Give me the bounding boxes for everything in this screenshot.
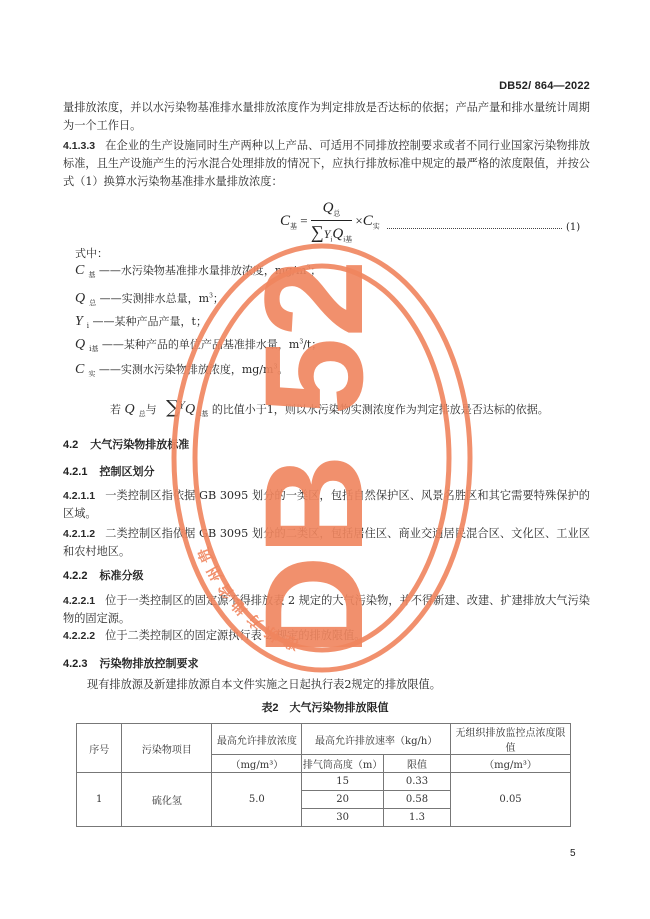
formula-fraction: Q总 ∑YiQi基 [311, 200, 352, 244]
clause-4-2-1-1: 4.2.1.1一类控制区指依据 GB 3095 划分的一类区，包括自然保护区、风… [63, 487, 590, 523]
cell-item: 硫化氢 [122, 773, 212, 827]
section-4-2-3-paragraph: 现有排放源及新建排放源自本文件实施之日起执行表2规定的排放限值。 [63, 676, 590, 694]
section-4-2-3-heading: 4.2.3污染物排放控制要求 [63, 655, 198, 671]
section-4-2-1-heading: 4.2.1控制区划分 [63, 463, 154, 479]
table-row: 1 硫化氢 5.0 15 0.33 0.05 [77, 773, 571, 791]
clause-4-2-1-2: 4.2.1.2二类控制区指依据 GB 3095 划分的二类区，包括居住区、商业交… [63, 525, 590, 561]
clause-number: 4.1.3.3 [63, 140, 95, 152]
intro-paragraph: 量排放浓度，并以水污染物基准排水量排放浓度作为判定排放是否达标的依据；产品产量和… [63, 99, 590, 135]
cell-stack: 30 [302, 809, 384, 827]
formula-1: C基 = Q总 ∑YiQi基 ×C实 [280, 200, 380, 244]
section-4-2-2-heading: 4.2.2标准分级 [63, 567, 143, 583]
variable-definition: Qi基 ——某种产品的单位产品基准排水量，m3/t； [75, 336, 322, 354]
header-stack: 排气筒高度（m） [302, 755, 384, 773]
table-header-row: 序号 污染物项目 最高允许排放浓度 最高允许排放速率（kg/h） 无组织排放监控… [77, 724, 571, 755]
cell-conc: 5.0 [212, 773, 302, 827]
clause-4-2-2-1: 4.2.2.1位于一类控制区的固定源不得排放表 2 规定的大气污染物，并不得新建… [63, 592, 590, 628]
formula-leader-dots [387, 224, 562, 229]
cell-fugitive: 0.05 [451, 773, 571, 827]
variable-definition: Q总 ——实测排水总量，m3； [75, 290, 224, 308]
cell-stack: 20 [302, 791, 384, 809]
clause-text: 在企业的生产设施同时生产两种以上产品、可适用不同排放控制要求或者不同行业国家污染… [63, 139, 590, 188]
page-number: 5 [570, 848, 576, 859]
where-label: 式中： [75, 245, 108, 261]
cell-limit: 0.33 [383, 773, 450, 791]
ratio-note: 若 Q总与 ∑YQi基 的比值小于1，则以水污染物实测浓度作为判定排放是否达标的… [110, 397, 549, 419]
clause-4-1-3-3: 4.1.3.3在企业的生产设施同时生产两种以上产品、可适用不同排放控制要求或者不… [63, 137, 590, 191]
variable-definition: Yi ——某种产品产量，t； [75, 313, 207, 330]
header-seq: 序号 [77, 724, 122, 773]
header-limit: 限值 [383, 755, 450, 773]
header-conc: 最高允许排放浓度 [212, 724, 302, 755]
cell-limit: 0.58 [383, 791, 450, 809]
variable-definition: C实 ——实测水污染物排放浓度，mg/m3。 [75, 361, 288, 379]
document-id-header: DB52/ 864—2022 [499, 80, 590, 92]
cell-stack: 15 [302, 773, 384, 791]
cell-seq: 1 [77, 773, 122, 827]
header-fugitive: 无组织排放监控点浓度限值 [451, 724, 571, 755]
clause-4-2-2-2: 4.2.2.2位于二类控制区的固定源执行表 2 规定的排放限值。 [63, 627, 590, 645]
table-2: 序号 污染物项目 最高允许排放浓度 最高允许排放速率（kg/h） 无组织排放监控… [76, 723, 571, 827]
cell-limit: 1.3 [383, 809, 450, 827]
table-2-caption: 表2 大气污染物排放限值 [0, 699, 650, 715]
variable-definition: C基 ——水污染物基准排水量排放浓度，mg/m3； [75, 262, 321, 280]
header-fugitive-unit: （mg/m³） [451, 755, 571, 773]
section-4-2-heading: 4.2大气污染物排放标准 [63, 436, 189, 452]
header-rate: 最高允许排放速率（kg/h） [302, 724, 451, 755]
header-item: 污染物项目 [122, 724, 212, 773]
formula-number: (1) [566, 222, 580, 233]
header-conc-unit: （mg/m³） [212, 755, 302, 773]
